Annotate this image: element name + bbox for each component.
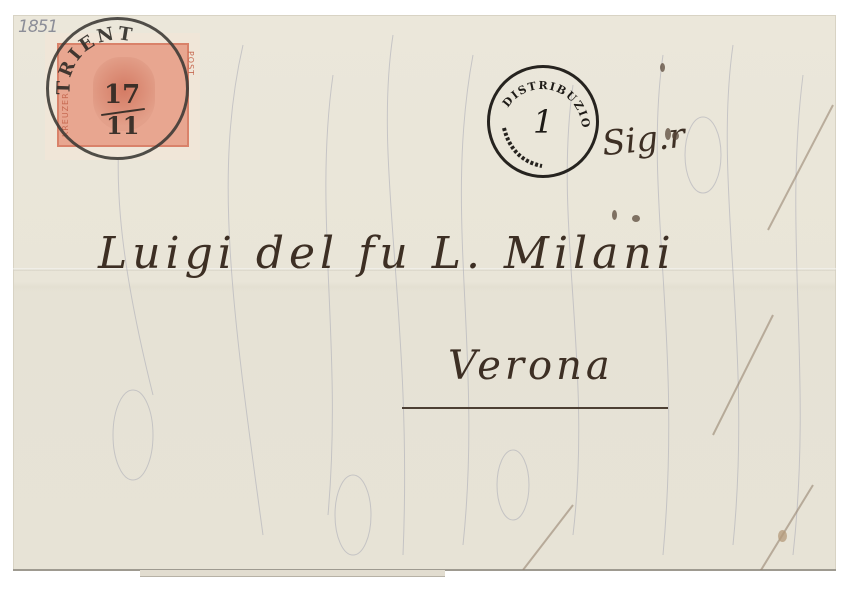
ink-spot bbox=[612, 210, 617, 220]
postmark-day: 17 bbox=[104, 80, 140, 110]
ink-spot bbox=[665, 128, 671, 140]
trient-postmark: TRIENT 17 11 bbox=[46, 17, 189, 160]
addressee-name: Luigi del fu L. Milani bbox=[98, 228, 676, 279]
ink-spot bbox=[632, 215, 640, 222]
distribution-handstamp: DISTRIBUZIONE 1 bbox=[487, 65, 599, 178]
stain-spot bbox=[778, 530, 787, 542]
destination-city: Verona bbox=[448, 343, 614, 389]
city-underline bbox=[402, 407, 668, 409]
distribution-number: 1 bbox=[533, 103, 553, 141]
postmark-month: 11 bbox=[106, 111, 139, 140]
ink-spot bbox=[672, 132, 679, 140]
ink-spot bbox=[660, 63, 665, 72]
paper-flap bbox=[140, 570, 445, 577]
